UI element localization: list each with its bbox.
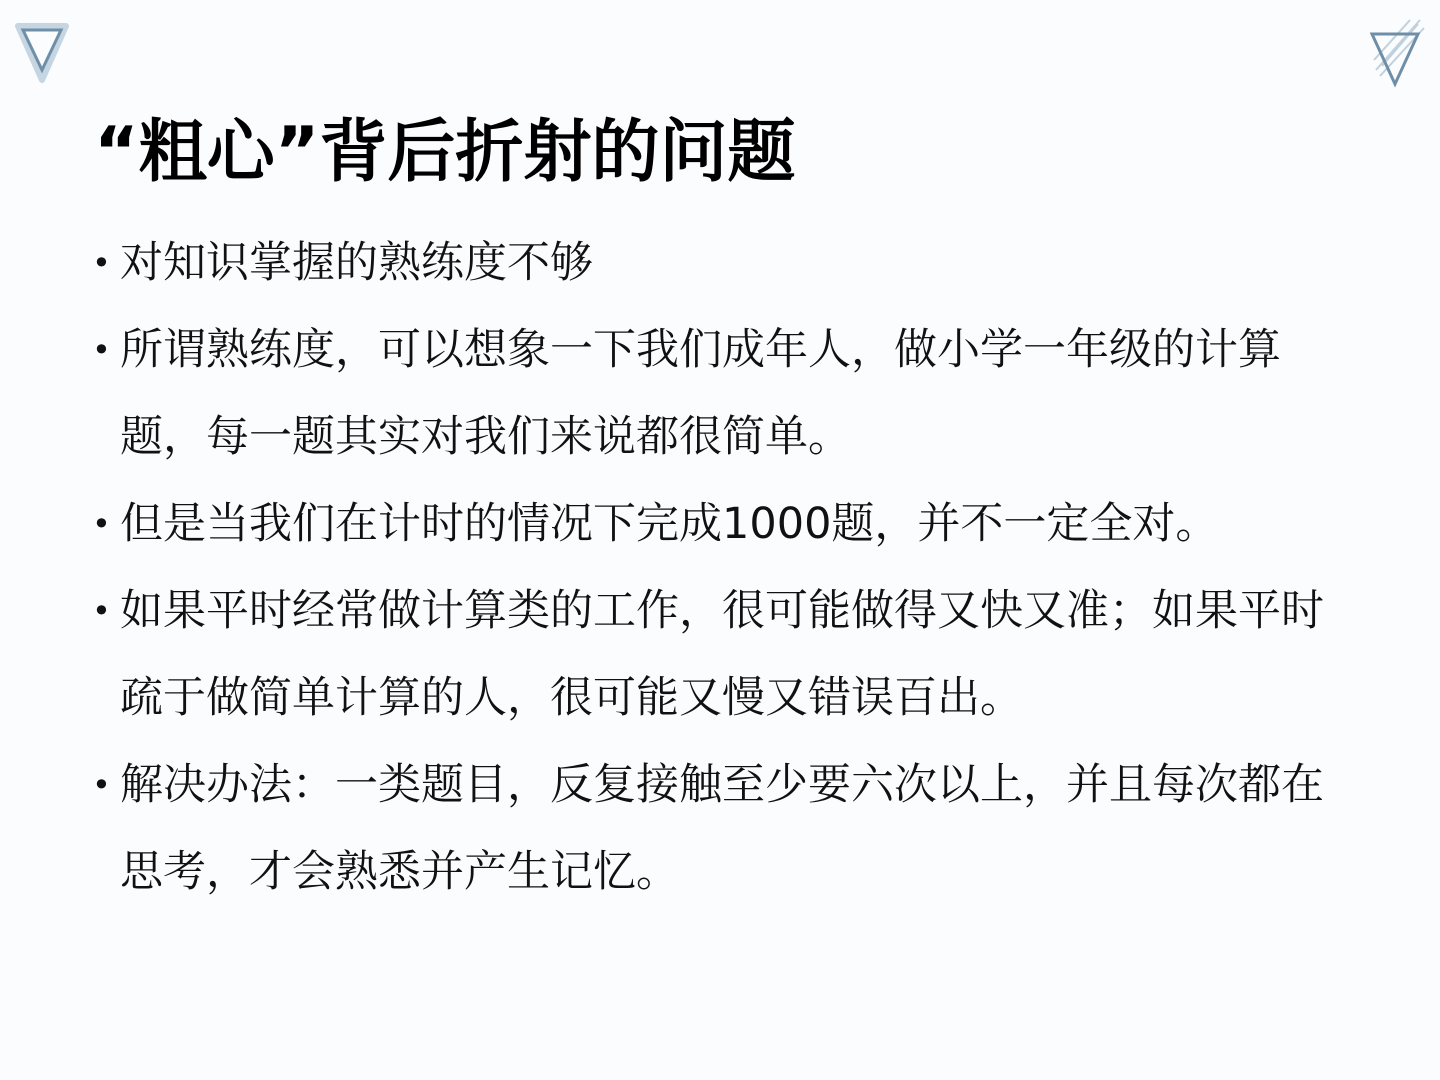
bullet-item: • 所谓熟练度，可以想象一下我们成年人，做小学一年级的计算题，每一题其实对我们来…: [92, 307, 1362, 481]
bullet-text: 但是当我们在计时的情况下完成1000题，并不一定全对。: [120, 481, 1362, 568]
bullet-text: 所谓熟练度，可以想象一下我们成年人，做小学一年级的计算题，每一题其实对我们来说都…: [120, 307, 1362, 481]
bullet-list: • 对知识掌握的熟练度不够 • 所谓熟练度，可以想象一下我们成年人，做小学一年级…: [92, 220, 1362, 916]
bullet-dot-icon: •: [92, 742, 120, 829]
bullet-item: • 解决办法：一类题目，反复接触至少要六次以上，并且每次都在思考，才会熟悉并产生…: [92, 742, 1362, 916]
triangle-down-hatched-icon: [1362, 14, 1426, 90]
slide-title: “粗心”背后折射的问题: [94, 108, 795, 198]
triangle-down-icon: [14, 20, 70, 84]
bullet-dot-icon: •: [92, 220, 120, 307]
bullet-text: 如果平时经常做计算类的工作，很可能做得又快又准；如果平时疏于做简单计算的人，很可…: [120, 568, 1362, 742]
bullet-dot-icon: •: [92, 481, 120, 568]
bullet-dot-icon: •: [92, 307, 120, 394]
bullet-dot-icon: •: [92, 568, 120, 655]
bullet-text: 解决办法：一类题目，反复接触至少要六次以上，并且每次都在思考，才会熟悉并产生记忆…: [120, 742, 1362, 916]
bullet-item: • 但是当我们在计时的情况下完成1000题，并不一定全对。: [92, 481, 1362, 568]
bullet-item: • 对知识掌握的熟练度不够: [92, 220, 1362, 307]
bullet-item: • 如果平时经常做计算类的工作，很可能做得又快又准；如果平时疏于做简单计算的人，…: [92, 568, 1362, 742]
bullet-text: 对知识掌握的熟练度不够: [120, 220, 1362, 307]
